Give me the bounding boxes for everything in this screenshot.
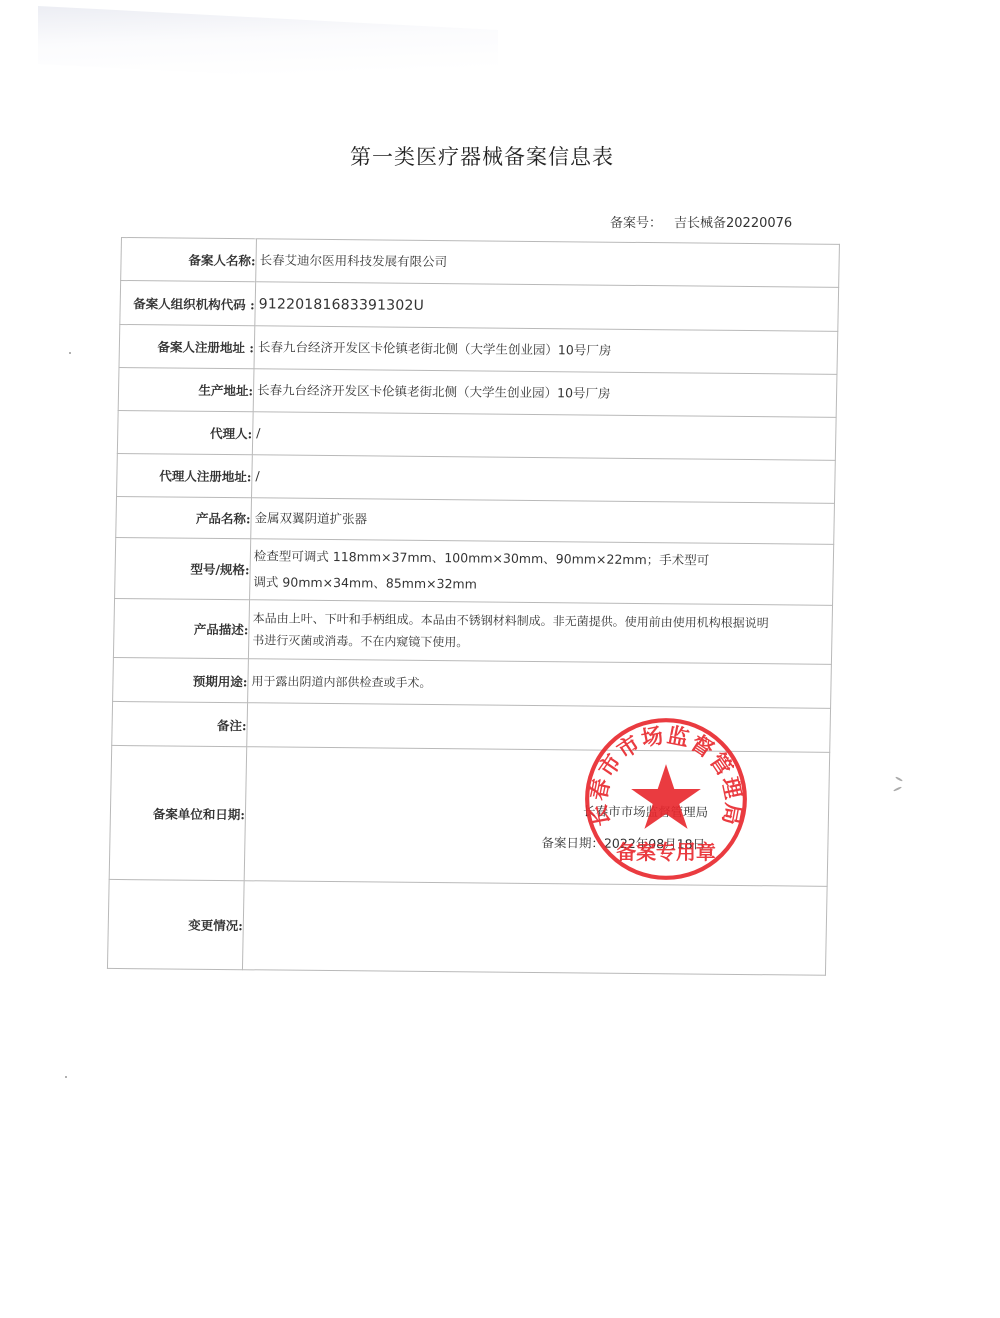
registration-date-label: 备案日期： [541, 835, 604, 851]
scan-speck [69, 352, 71, 354]
agent-label: 代理人: [117, 410, 253, 454]
intended-use-label: 预期用途: [113, 657, 249, 702]
table-row: 型号/规格: 检查型可调式 118mm×37mm、100mm×30mm、90mm… [115, 537, 834, 605]
model-spec-value: 检查型可调式 118mm×37mm、100mm×30mm、90mm×22mm；手… [250, 539, 834, 606]
scan-shadow [38, 6, 498, 88]
table-row: 代理人注册地址: / [117, 453, 836, 503]
table-row: 预期用途: 用于露出阴道内部供检查或手术。 [113, 657, 832, 708]
filer-name-value: 长春艾迪尔医用科技发展有限公司 [256, 239, 840, 288]
remarks-label: 备注: [112, 701, 248, 746]
table-row: 产品名称: 金属双翼阴道扩张器 [116, 496, 835, 544]
changes-label: 变更情况: [107, 879, 244, 969]
document-title: 第一类医疗器械备案信息表 [0, 141, 964, 171]
registration-unit-label: 备案单位和日期: [109, 745, 247, 880]
record-number-value: 吉长械备20220076 [674, 216, 792, 231]
registration-org: 长春市市场监督管理局 [583, 800, 708, 823]
table-row: 备注: [112, 701, 831, 752]
scan-speck [893, 786, 902, 792]
org-code-label: 备案人组织机构代码 : [120, 280, 256, 325]
info-table: 备案人名称: 长春艾迪尔医用科技发展有限公司 备案人组织机构代码 : 91220… [107, 237, 840, 976]
table-row: 备案人组织机构代码 : 91220181683391302U [120, 280, 839, 331]
agent-value: / [252, 412, 836, 461]
table-row: 生产地址: 长春九台经济开发区卡伦镇老街北侧（大学生创业园）10号厂房 [118, 367, 837, 417]
description-value: 本品由上叶、下叶和手柄组成。本品由不锈钢材料制成。非无菌提供。使用前由使用机构根… [248, 600, 832, 665]
table-row: 变更情况: [107, 879, 827, 975]
agent-address-value: / [252, 455, 836, 504]
org-code-value: 91220181683391302U [255, 282, 839, 332]
model-spec-line-2: 调式 90mm×34mm、85mm×32mm [253, 569, 832, 601]
info-table-wrapper: 备案人名称: 长春艾迪尔医用科技发展有限公司 备案人组织机构代码 : 91220… [107, 237, 840, 976]
table-row: 代理人: / [117, 410, 836, 460]
reg-address-value: 长春九台经济开发区卡伦镇老街北侧（大学生创业园）10号厂房 [254, 326, 838, 375]
table-row: 备案人注册地址 : 长春九台经济开发区卡伦镇老街北侧（大学生创业园）10号厂房 [119, 324, 838, 374]
scan-speck [65, 1076, 67, 1078]
intended-use-value: 用于露出阴道内部供检查或手术。 [248, 659, 832, 709]
table-row: 备案人名称: 长春艾迪尔医用科技发展有限公司 [121, 238, 840, 288]
registration-date-value: 2022年08月18日 [604, 836, 705, 852]
record-number: 备案号：吉长械备20220076 [610, 212, 792, 231]
product-name-label: 产品名称: [116, 496, 252, 538]
registration-date: 备案日期：2022年08月18日 [541, 832, 705, 856]
product-name-value: 金属双翼阴道扩张器 [251, 498, 835, 545]
remarks-value [247, 703, 831, 753]
reg-address-label: 备案人注册地址 : [119, 324, 255, 368]
model-spec-label: 型号/规格: [115, 537, 251, 599]
production-address-label: 生产地址: [118, 367, 254, 411]
description-label: 产品描述: [113, 598, 249, 658]
changes-value [242, 881, 827, 976]
record-number-label: 备案号： [610, 216, 662, 231]
production-address-value: 长春九台经济开发区卡伦镇老街北侧（大学生创业园）10号厂房 [253, 369, 837, 418]
table-row: 产品描述: 本品由上叶、下叶和手柄组成。本品由不锈钢材料制成。非无菌提供。使用前… [113, 598, 832, 664]
table-row: 备案单位和日期: 长春市市场监督管理局 备案日期：2022年08月18日 [109, 745, 830, 886]
scan-speck [895, 776, 903, 782]
registration-unit-cell: 长春市市场监督管理局 备案日期：2022年08月18日 [244, 747, 830, 887]
filer-name-label: 备案人名称: [121, 238, 257, 282]
agent-address-label: 代理人注册地址: [117, 453, 253, 497]
